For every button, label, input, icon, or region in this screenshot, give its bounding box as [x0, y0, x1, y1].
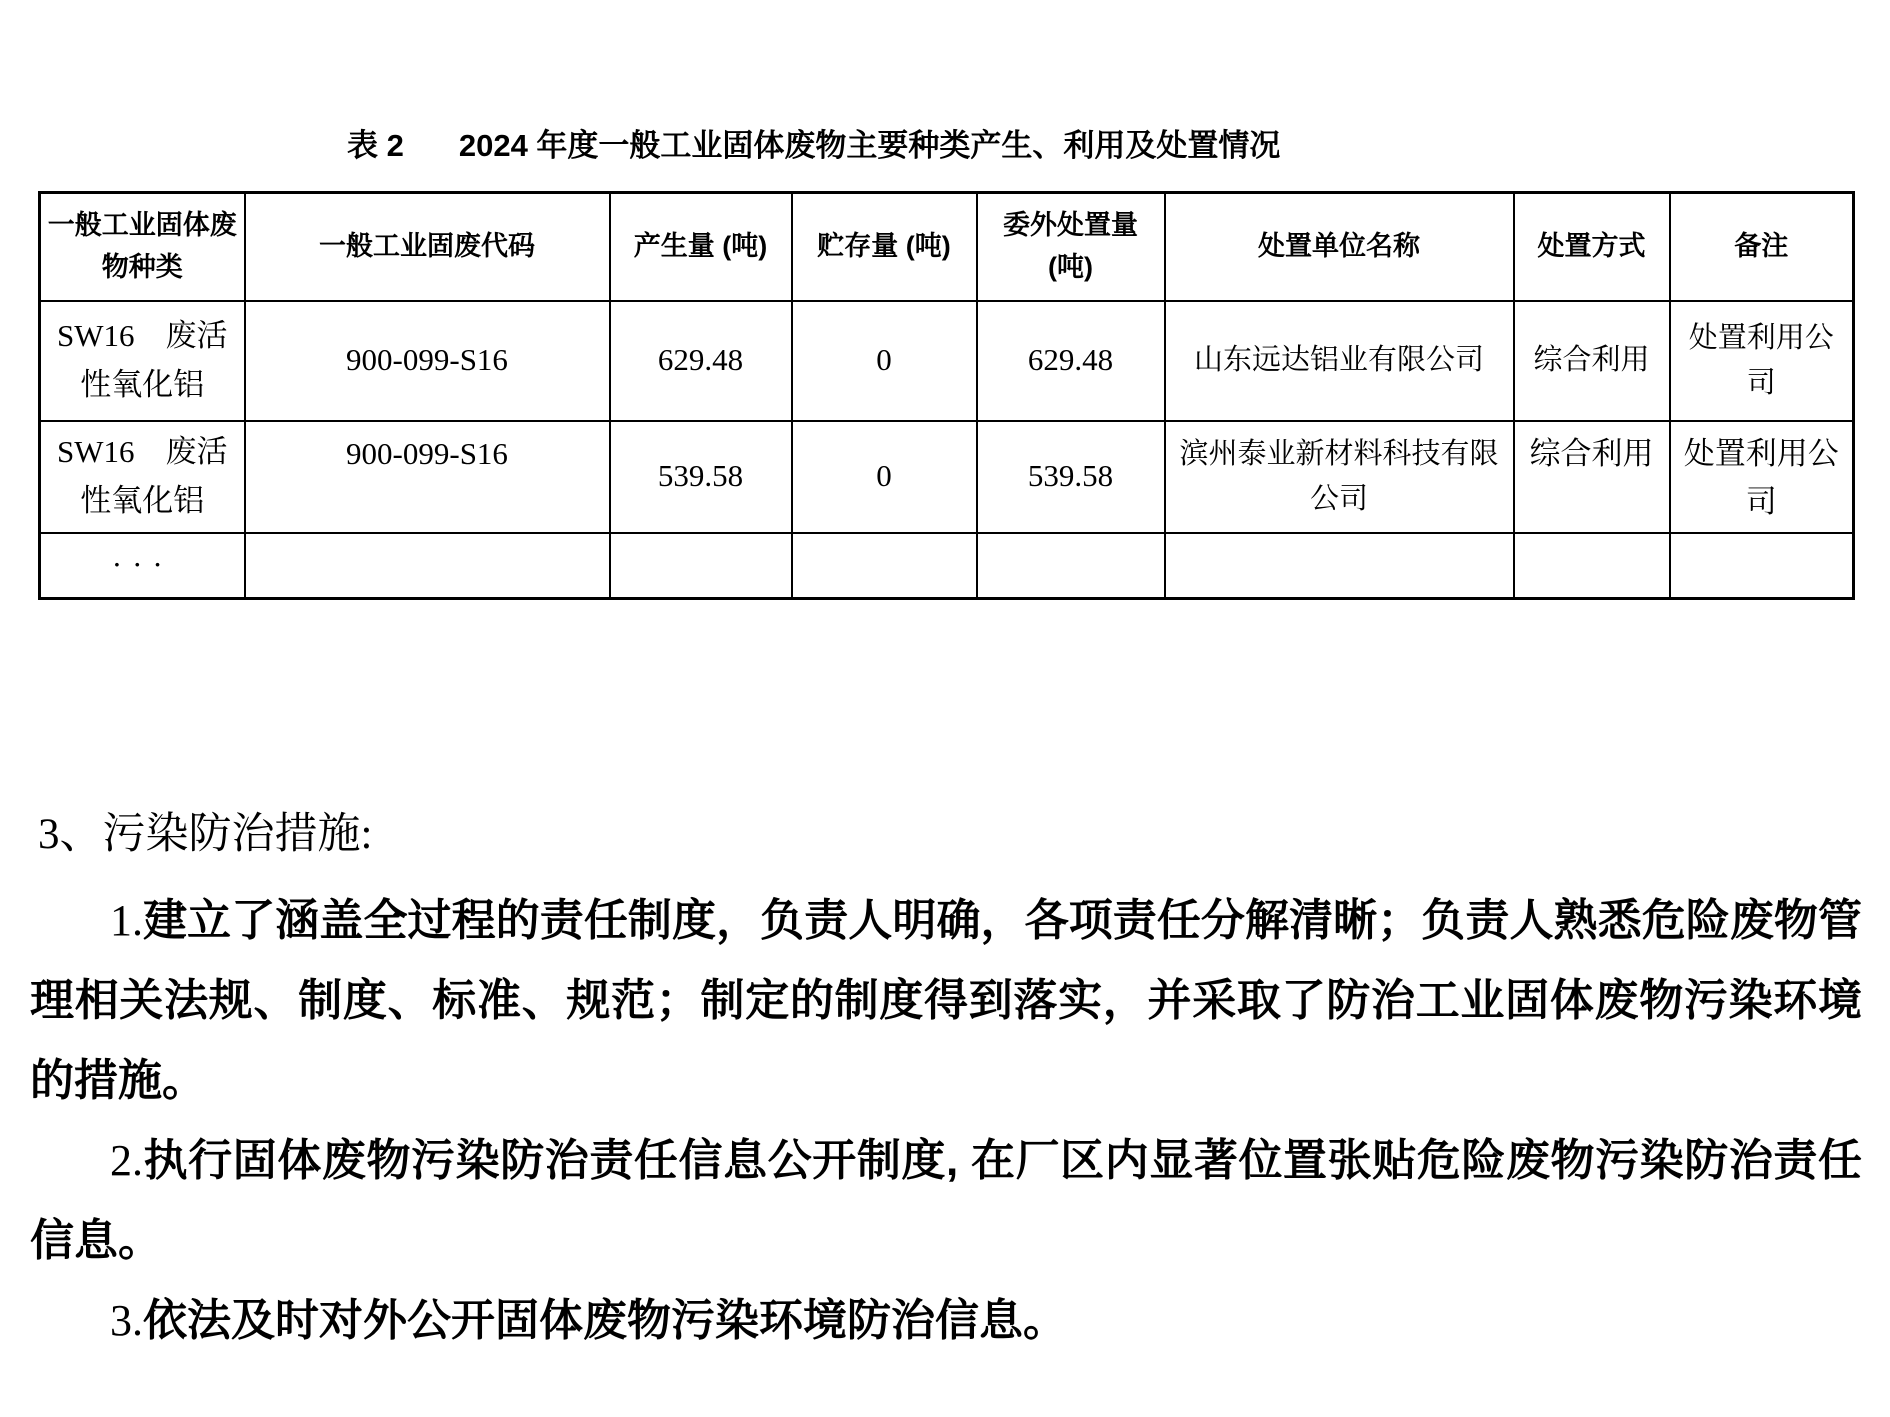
paragraph-2-text: 执行固体废物污染防治责任信息公开制度, 在厂区内显著位置张贴危险废物污染防治责任…	[30, 1136, 1862, 1265]
col-header-stored-amount: 贮存量 (吨)	[792, 193, 977, 301]
table-cell-empty	[1165, 533, 1514, 599]
body-paragraphs: 1.建立了涵盖全过程的责任制度，负责人明确，各项责任分解清晰；负责人熟悉危险废物…	[0, 881, 1890, 1361]
table-cell-remarks: 处置利用公司	[1670, 301, 1854, 421]
table-cell-empty	[977, 533, 1165, 599]
paragraph-3: 3.依法及时对外公开固体废物污染环境防治信息。	[30, 1281, 1862, 1361]
table-row: SW16 废活性氧化铝 900-099-S16 629.48 0 629.48 …	[40, 301, 1854, 421]
table-cell-outsourced-amount: 629.48	[977, 301, 1165, 421]
table-title-text: 2024 年度一般工业固体废物主要种类产生、利用及处置情况	[459, 128, 1281, 163]
table-cell-generated-amount: 629.48	[610, 301, 792, 421]
col-header-disposal-unit: 处置单位名称	[1165, 193, 1514, 301]
table-row: SW16 废活性氧化铝 900-099-S16 539.58 0 539.58 …	[40, 421, 1854, 533]
table-cell-disposal-method: 综合利用	[1514, 301, 1670, 421]
table-cell-disposal-unit: 山东远达铝业有限公司	[1165, 301, 1514, 421]
section-heading: 3、污染防治措施:	[38, 800, 1890, 861]
paragraph-1-text: 建立了涵盖全过程的责任制度，负责人明确，各项责任分解清晰；负责人熟悉危险废物管理…	[30, 896, 1862, 1105]
table-cell-empty	[1514, 533, 1670, 599]
table-title: 表 22024 年度一般工业固体废物主要种类产生、利用及处置情况	[347, 120, 1890, 165]
col-header-remarks: 备注	[1670, 193, 1854, 301]
col-header-generated-amount: 产生量 (吨)	[610, 193, 792, 301]
table-cell-remarks: 处置利用公司	[1670, 421, 1854, 533]
col-header-waste-code: 一般工业固废代码	[245, 193, 610, 301]
table-cell-generated-amount: 539.58	[610, 421, 792, 533]
paragraph-3-number: 3.	[110, 1296, 143, 1345]
table-cell-empty	[1670, 533, 1854, 599]
table-cell-empty	[792, 533, 977, 599]
document-page: 表 22024 年度一般工业固体废物主要种类产生、利用及处置情况 一般工业固体废…	[0, 0, 1890, 1417]
waste-disposal-table: 一般工业固体废物种类 一般工业固废代码 产生量 (吨) 贮存量 (吨) 委外处置…	[38, 191, 1855, 600]
paragraph-2: 2.执行固体废物污染防治责任信息公开制度, 在厂区内显著位置张贴危险废物污染防治…	[30, 1121, 1862, 1281]
table-cell-stored-amount: 0	[792, 301, 977, 421]
paragraph-1-number: 1.	[110, 896, 143, 945]
table-cell-waste-code: 900-099-S16	[245, 301, 610, 421]
table-cell-outsourced-amount: 539.58	[977, 421, 1165, 533]
table-cell-disposal-unit: 滨州泰业新材料科技有限公司	[1165, 421, 1514, 533]
table-header-row: 一般工业固体废物种类 一般工业固废代码 产生量 (吨) 贮存量 (吨) 委外处置…	[40, 193, 1854, 301]
table-cell-waste-type: SW16 废活性氧化铝	[40, 421, 245, 533]
paragraph-2-number: 2.	[110, 1136, 143, 1185]
paragraph-1: 1.建立了涵盖全过程的责任制度，负责人明确，各项责任分解清晰；负责人熟悉危险废物…	[30, 881, 1862, 1121]
table-cell-stored-amount: 0	[792, 421, 977, 533]
table-number: 表 2	[347, 128, 404, 163]
table-cell-waste-type: SW16 废活性氧化铝	[40, 301, 245, 421]
col-header-waste-type: 一般工业固体废物种类	[40, 193, 245, 301]
table-cell-disposal-method: 综合利用	[1514, 421, 1670, 533]
table-row: ···	[40, 533, 1854, 599]
col-header-disposal-method: 处置方式	[1514, 193, 1670, 301]
table-cell-empty	[610, 533, 792, 599]
col-header-outsourced-amount: 委外处置量 (吨)	[977, 193, 1165, 301]
table-cell-ellipsis: ···	[40, 533, 245, 599]
table-cell-waste-code: 900-099-S16	[245, 421, 610, 533]
paragraph-3-text: 依法及时对外公开固体废物污染环境防治信息。	[143, 1296, 1067, 1345]
table-cell-empty	[245, 533, 610, 599]
